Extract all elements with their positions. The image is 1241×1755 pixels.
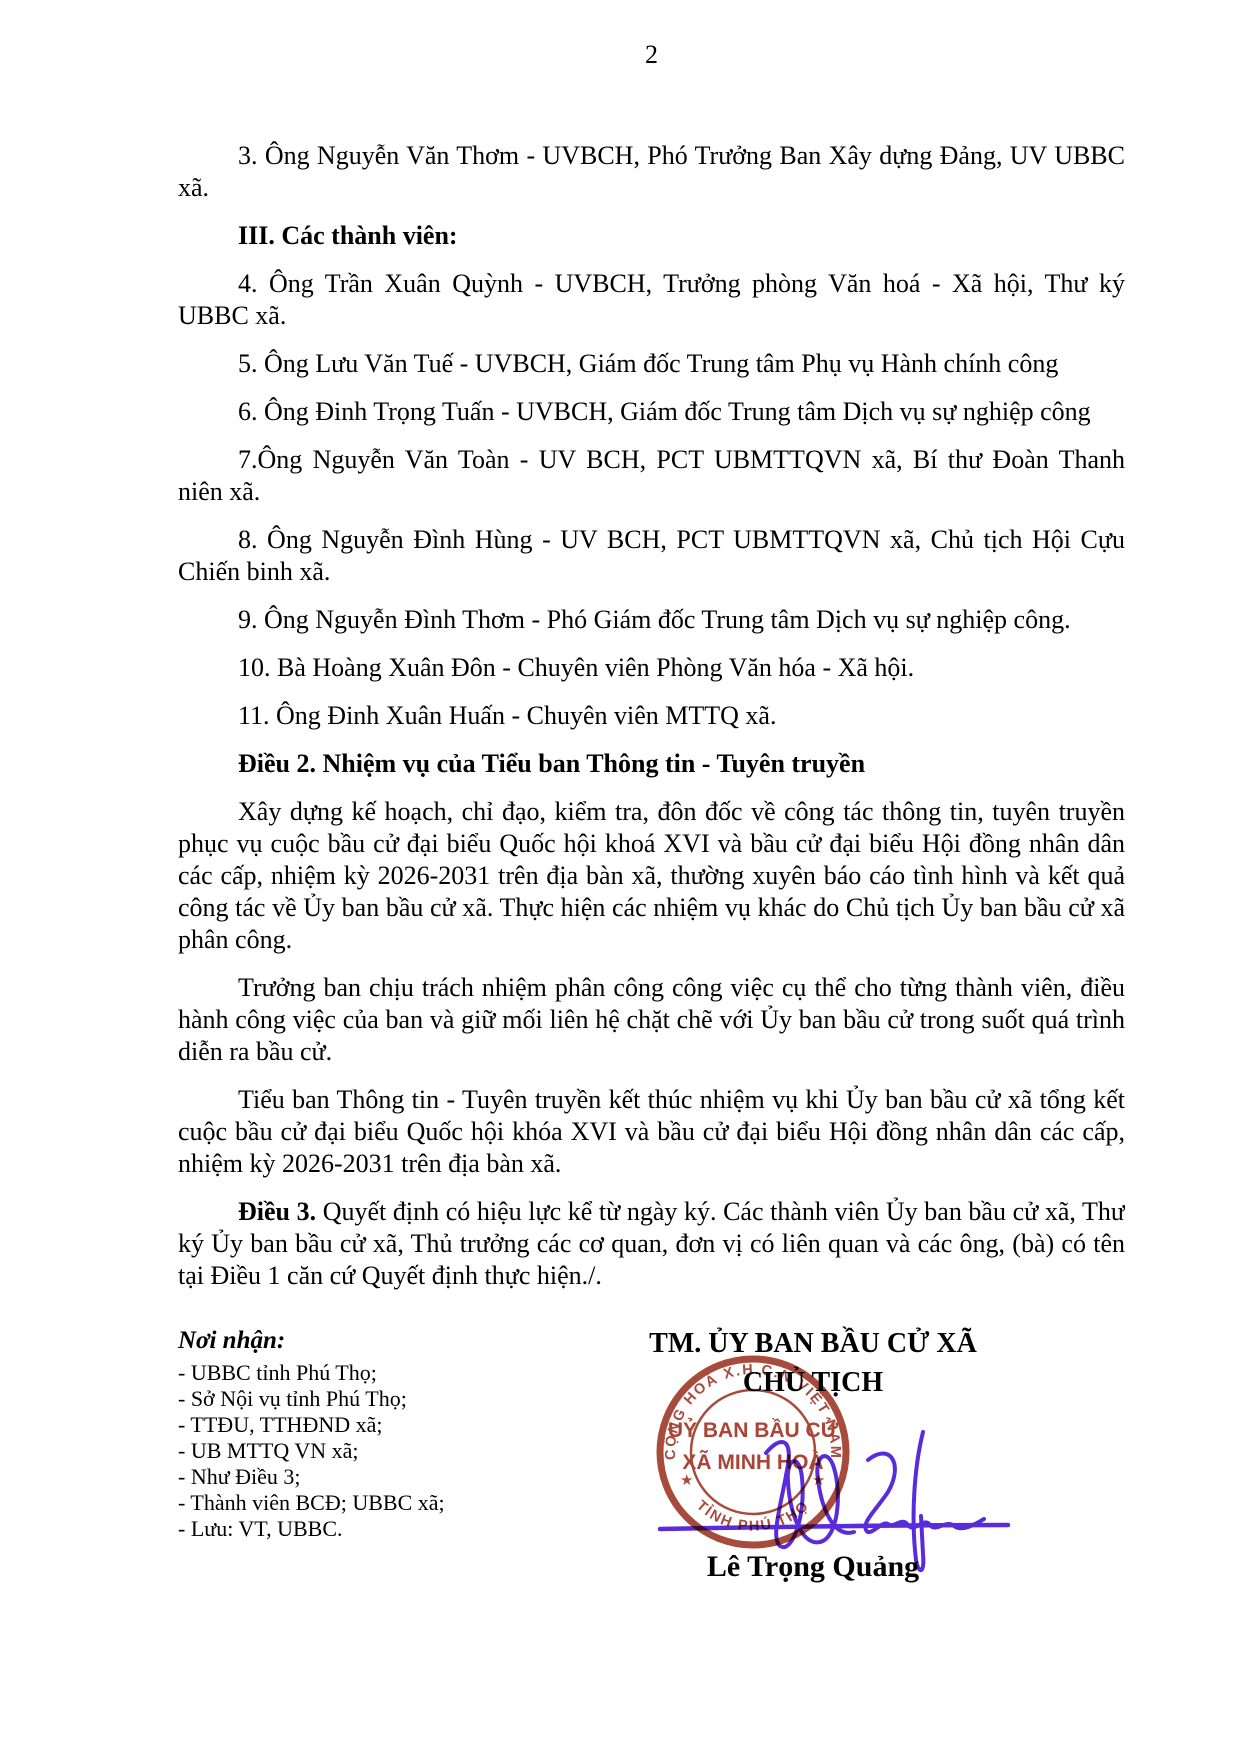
article-3-text: Quyết định có hiệu lực kể từ ngày ký. Cá… (178, 1197, 1125, 1290)
article-2-paragraph-1: Xây dựng kế hoạch, chỉ đạo, kiểm tra, đô… (178, 796, 1125, 956)
signature-letters-stroke (865, 1453, 984, 1532)
member-item-4: 4. Ông Trần Xuân Quỳnh - UVBCH, Trưởng p… (178, 268, 1125, 332)
recipient-item: - Thành viên BCĐ; UBBC xã; (178, 1490, 598, 1516)
document-page: 2 3. Ông Nguyễn Văn Thơm - UVBCH, Phó Tr… (0, 0, 1241, 1755)
recipient-item: - UB MTTQ VN xã; (178, 1438, 598, 1464)
recipient-item: - Sở Nội vụ tỉnh Phú Thọ; (178, 1386, 598, 1412)
member-item-10: 10. Bà Hoàng Xuân Đôn - Chuyên viên Phòn… (178, 652, 1125, 684)
article-3-label: Điều 3. (238, 1197, 316, 1226)
member-item-6: 6. Ông Đinh Trọng Tuấn - UVBCH, Giám đốc… (178, 396, 1125, 428)
signature-ink (630, 1398, 1030, 1588)
document-body: 3. Ông Nguyễn Văn Thơm - UVBCH, Phó Trưở… (178, 140, 1125, 1325)
signature-loops-stroke (766, 1442, 854, 1547)
section-iii-heading: III. Các thành viên: (178, 220, 1125, 252)
recipient-item: - UBBC tỉnh Phú Thọ; (178, 1360, 598, 1386)
recipients-block: Nơi nhận: - UBBC tỉnh Phú Thọ; - Sở Nội … (178, 1326, 598, 1542)
member-item-11: 11. Ông Đinh Xuân Huấn - Chuyên viên MTT… (178, 700, 1125, 732)
recipient-item: - Như Điều 3; (178, 1464, 598, 1490)
member-item-8: 8. Ông Nguyễn Đình Hùng - UV BCH, PCT UB… (178, 524, 1125, 588)
recipient-item: - TTĐU, TTHĐND xã; (178, 1412, 598, 1438)
signature-tail-stroke (914, 1432, 924, 1570)
article-3-paragraph: Điều 3. Quyết định có hiệu lực kể từ ngà… (178, 1196, 1125, 1292)
member-item-9: 9. Ông Nguyễn Đình Thơm - Phó Giám đốc T… (178, 604, 1125, 636)
member-item-5: 5. Ông Lưu Văn Tuế - UVBCH, Giám đốc Tru… (178, 348, 1125, 380)
page-number: 2 (178, 40, 1125, 70)
article-2-heading: Điều 2. Nhiệm vụ của Tiểu ban Thông tin … (178, 748, 1125, 780)
article-2-paragraph-3: Tiểu ban Thông tin - Tuyên truyền kết th… (178, 1084, 1125, 1180)
recipient-item: - Lưu: VT, UBBC. (178, 1516, 598, 1542)
member-item-3: 3. Ông Nguyễn Văn Thơm - UVBCH, Phó Trưở… (178, 140, 1125, 204)
member-item-7: 7.Ông Nguyễn Văn Toàn - UV BCH, PCT UBMT… (178, 444, 1125, 508)
article-2-paragraph-2: Trưởng ban chịu trách nhiệm phân công cô… (178, 972, 1125, 1068)
recipients-heading: Nơi nhận: (178, 1326, 598, 1356)
